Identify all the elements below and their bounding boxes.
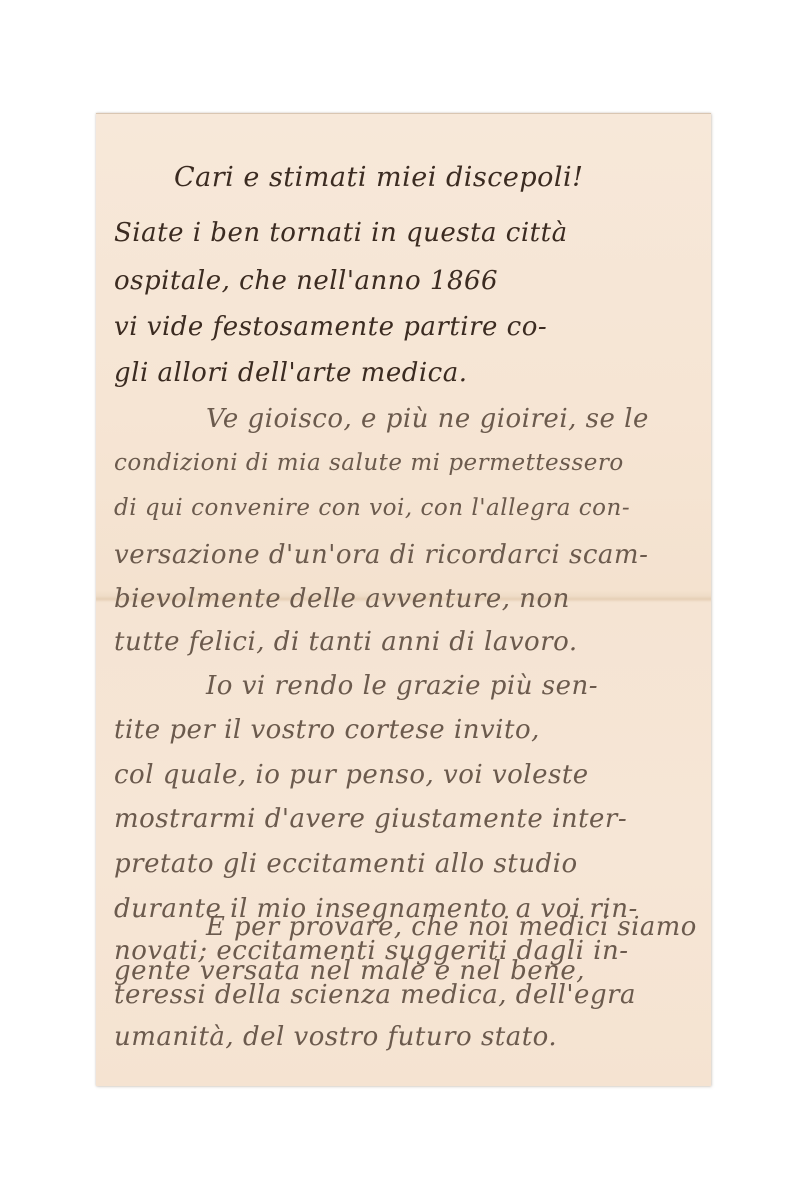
letter-line: col quale, io pur penso, voi voleste <box>114 760 589 790</box>
letter-line: versazione d'un'ora di ricordarci scam- <box>114 540 648 570</box>
letter-line: gli allori dell'arte medica. <box>114 358 468 388</box>
letter-line: Ve gioisco, e più ne gioirei, se le <box>206 404 649 434</box>
letter-line: tite per il vostro cortese invito, <box>114 715 540 745</box>
letter-line: ospitale, che nell'anno 1866 <box>114 266 498 296</box>
letter-line: Siate i ben tornati in questa città <box>114 218 568 248</box>
letter-line: E per provare, che noi medici siamo <box>206 912 697 942</box>
letter-line: bievolmente delle avventure, non <box>114 584 570 614</box>
letter-line: pretato gli eccitamenti allo studio <box>114 849 578 879</box>
letter-line: condizioni di mia salute mi permettesser… <box>114 450 624 476</box>
letter-line: tutte felici, di tanti anni di lavoro. <box>114 627 578 657</box>
letter-line: Io vi rendo le grazie più sen- <box>206 671 598 701</box>
letter-line: di qui convenire con voi, con l'allegra … <box>114 495 630 521</box>
letter-line: umanità, del vostro futuro stato. <box>114 1022 557 1052</box>
letter-line: gente versata nel male e nel bene, <box>114 956 585 986</box>
letter-salutation: Cari e stimati miei discepoli! <box>174 162 584 193</box>
letter-line: mostrarmi d'avere giustamente inter- <box>114 804 627 834</box>
photo-background: Cari e stimati miei discepoli! Siate i b… <box>0 0 800 1200</box>
letter-line: vi vide festosamente partire co- <box>114 312 547 342</box>
